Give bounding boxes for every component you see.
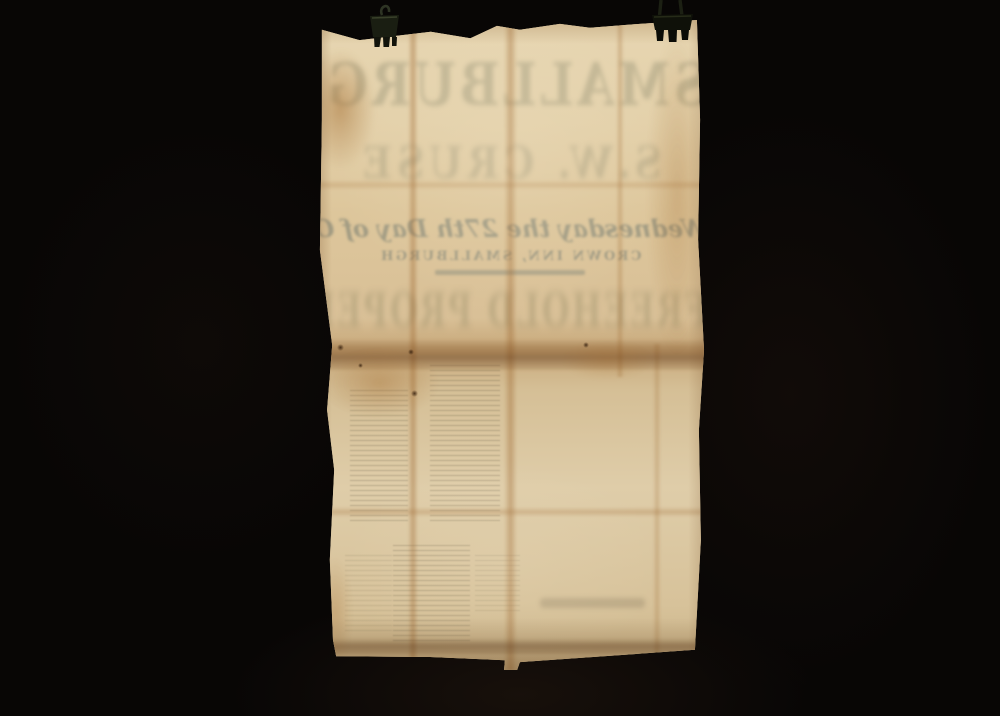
bottom-edge-shadow — [312, 638, 708, 654]
dark-spot — [408, 349, 414, 355]
fold-stain — [562, 340, 652, 380]
dark-spot — [337, 344, 344, 351]
fold-crease-vertical — [616, 18, 624, 377]
faint-text-smudge — [540, 598, 645, 608]
binder-clip-left-icon — [362, 2, 408, 54]
dark-spot — [358, 363, 363, 368]
folded-poster-back: SMALLBURGH S.W. CRUSE Wednesday the 27th… — [312, 18, 708, 670]
edge-stain — [646, 28, 708, 358]
fold-crease-horizontal — [312, 507, 708, 517]
small-text-column — [345, 555, 392, 631]
dark-spot — [411, 390, 418, 397]
fold-stain — [320, 348, 440, 418]
photo-scene: SMALLBURGH S.W. CRUSE Wednesday the 27th… — [0, 0, 1000, 716]
small-text-column — [393, 545, 470, 641]
edge-stain — [318, 556, 352, 668]
binder-clip-right-icon — [646, 0, 700, 48]
dark-spot — [583, 342, 589, 348]
corner-stain — [304, 48, 376, 170]
small-text-column — [430, 365, 500, 523]
